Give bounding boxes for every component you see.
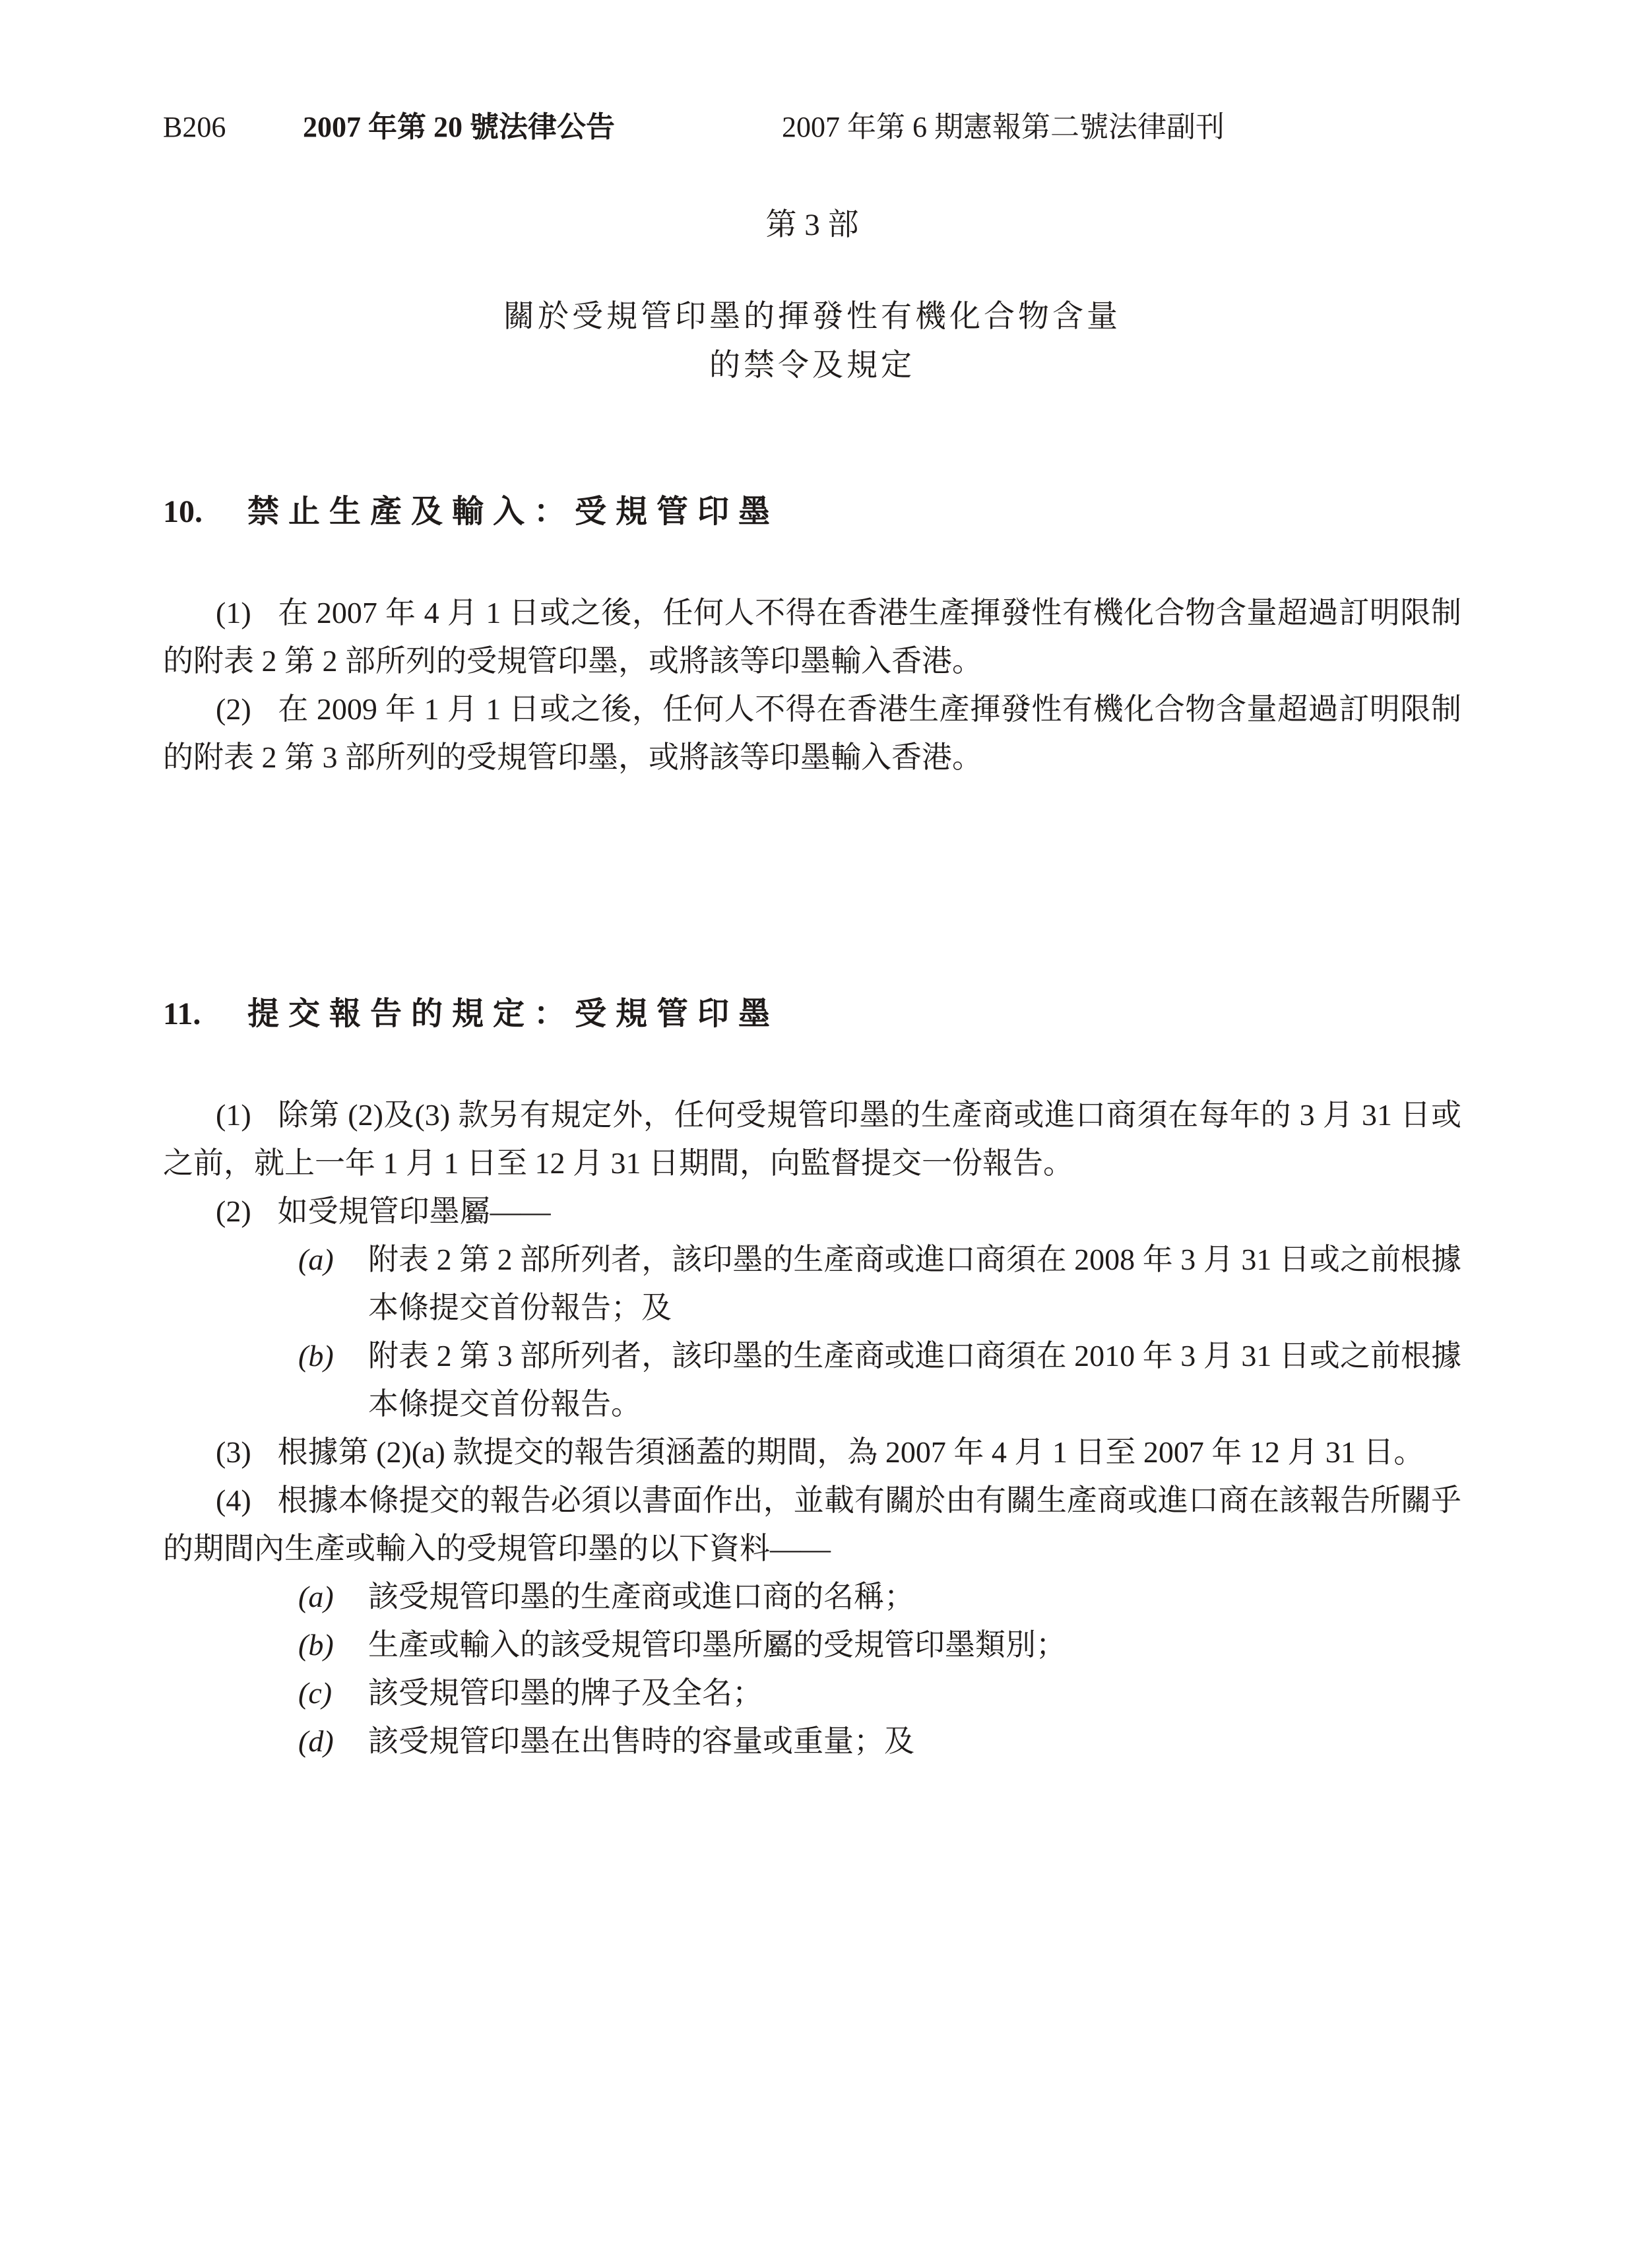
subitem-11-4-c-label: (c) [298, 1669, 368, 1717]
paragraph-10-2-label: (2) [216, 692, 251, 726]
subitem-11-4-d-label: (d) [298, 1717, 368, 1765]
subitem-11-4-d: (d) 該受規管印墨在出售時的容量或重量；及 [298, 1717, 1461, 1765]
section-10-heading: 10.禁止生產及輸入：受規管印墨 [163, 492, 1461, 532]
subitem-11-4-c-text: 該受規管印墨的牌子及全名； [368, 1669, 1461, 1717]
subitem-11-2-a-label: (a) [298, 1235, 368, 1332]
gazette-page: B206 2007 年第 20 號法律公告 2007 年第 6 期憲報第二號法律… [0, 0, 1627, 2268]
page-number: B206 [163, 111, 226, 144]
paragraph-11-2-label: (2) [216, 1194, 251, 1228]
paragraph-11-1-text: 除第 (2)及(3) 款另有規定外，任何受規管印墨的生產商或進口商須在每年的 3… [163, 1098, 1461, 1180]
section-11-title: 提交報告的規定：受規管印墨 [247, 996, 779, 1031]
legal-notice-title: 2007 年第 20 號法律公告 [303, 111, 615, 144]
paragraph-11-4-label: (4) [216, 1483, 251, 1517]
part-number: 第 3 部 [163, 208, 1461, 242]
part-title: 關於受規管印墨的揮發性有機化合物含量 的禁令及規定 [163, 292, 1461, 390]
paragraph-11-3-text: 根據第 (2)(a) 款提交的報告須涵蓋的期間，為 2007 年 4 月 1 日… [278, 1435, 1424, 1469]
page-content: B206 2007 年第 20 號法律公告 2007 年第 6 期憲報第二號法律… [0, 0, 1627, 1765]
page-header: B206 2007 年第 20 號法律公告 2007 年第 6 期憲報第二號法律… [163, 111, 1461, 145]
subitem-11-4-a-text: 該受規管印墨的生產商或進口商的名稱； [368, 1572, 1461, 1621]
paragraph-11-3: (3)根據第 (2)(a) 款提交的報告須涵蓋的期間，為 2007 年 4 月 … [163, 1428, 1461, 1476]
subitem-11-4-b-label: (b) [298, 1621, 368, 1669]
paragraph-11-4: (4)根據本條提交的報告必須以書面作出，並載有關於由有關生產商或進口商在該報告所… [163, 1476, 1461, 1572]
paragraph-11-3-label: (3) [216, 1435, 251, 1469]
subitem-11-2-b-label: (b) [298, 1332, 368, 1428]
section-11-number: 11. [163, 994, 247, 1034]
subitem-11-4-c: (c) 該受規管印墨的牌子及全名； [298, 1669, 1461, 1717]
subitem-11-4-b-text: 生產或輸入的該受規管印墨所屬的受規管印墨類別； [368, 1621, 1461, 1669]
subitem-11-4-b: (b) 生產或輸入的該受規管印墨所屬的受規管印墨類別； [298, 1621, 1461, 1669]
paragraph-11-1-label: (1) [216, 1098, 251, 1132]
subitem-11-2-b: (b) 附表 2 第 3 部所列者，該印墨的生產商或進口商須在 2010 年 3… [298, 1332, 1461, 1428]
paragraph-11-4-text: 根據本條提交的報告必須以書面作出，並載有關於由有關生產商或進口商在該報告所關乎的… [163, 1483, 1461, 1565]
section-10: 10.禁止生產及輸入：受規管印墨 (1)在 2007 年 4 月 1 日或之後，… [163, 492, 1461, 781]
subitem-11-4-a-label: (a) [298, 1572, 368, 1621]
section-11-heading: 11.提交報告的規定：受規管印墨 [163, 994, 1461, 1034]
subitem-11-4-a: (a) 該受規管印墨的生產商或進口商的名稱； [298, 1572, 1461, 1621]
paragraph-10-1-label: (1) [216, 596, 251, 630]
paragraph-11-2-text: 如受規管印墨屬—— [278, 1194, 551, 1228]
subitem-11-4-d-text: 該受規管印墨在出售時的容量或重量；及 [368, 1717, 1461, 1765]
section-10-title: 禁止生產及輸入：受規管印墨 [247, 494, 779, 529]
paragraph-10-1-text: 在 2007 年 4 月 1 日或之後，任何人不得在香港生產揮發性有機化合物含量… [163, 596, 1461, 678]
paragraph-10-2-text: 在 2009 年 1 月 1 日或之後，任何人不得在香港生產揮發性有機化合物含量… [163, 692, 1461, 774]
subitem-11-2-a-text: 附表 2 第 2 部所列者，該印墨的生產商或進口商須在 2008 年 3 月 3… [368, 1235, 1461, 1332]
subitem-11-2-b-text: 附表 2 第 3 部所列者，該印墨的生產商或進口商須在 2010 年 3 月 3… [368, 1332, 1461, 1428]
paragraph-11-1: (1)除第 (2)及(3) 款另有規定外，任何受規管印墨的生產商或進口商須在每年… [163, 1091, 1461, 1187]
paragraph-10-2: (2)在 2009 年 1 月 1 日或之後，任何人不得在香港生產揮發性有機化合… [163, 685, 1461, 781]
paragraph-11-2: (2)如受規管印墨屬—— [163, 1187, 1461, 1235]
part-title-line2: 的禁令及規定 [163, 341, 1461, 390]
part-title-line1: 關於受規管印墨的揮發性有機化合物含量 [163, 292, 1461, 341]
paragraph-10-1: (1)在 2007 年 4 月 1 日或之後，任何人不得在香港生產揮發性有機化合… [163, 589, 1461, 685]
section-11: 11.提交報告的規定：受規管印墨 (1)除第 (2)及(3) 款另有規定外，任何… [163, 994, 1461, 1765]
gazette-supplement-title: 2007 年第 6 期憲報第二號法律副刊 [782, 111, 1225, 144]
section-10-number: 10. [163, 492, 247, 532]
subitem-11-2-a: (a) 附表 2 第 2 部所列者，該印墨的生產商或進口商須在 2008 年 3… [298, 1235, 1461, 1332]
